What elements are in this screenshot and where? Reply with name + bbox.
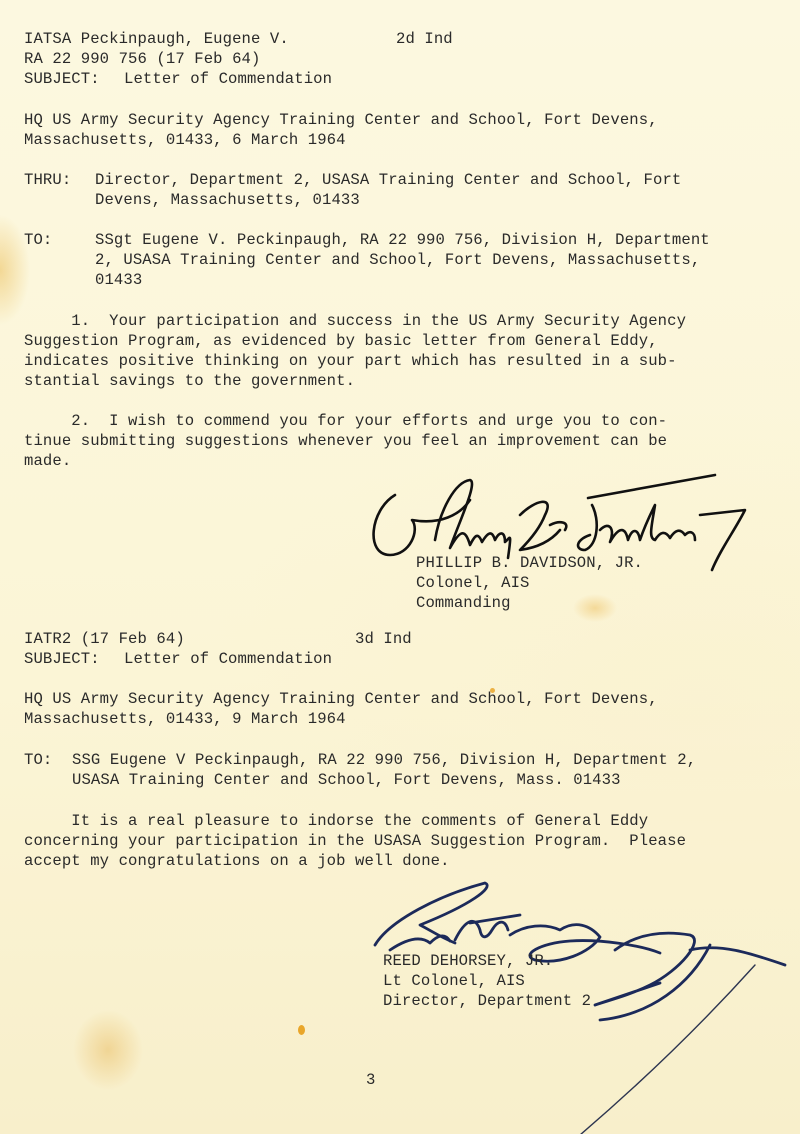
signer-rank: Lt Colonel, AIS: [383, 971, 525, 991]
from-line: Massachusetts, 01433, 6 March 1964: [24, 130, 346, 150]
paragraph-line: 1. Your participation and success in the…: [24, 311, 686, 331]
signer-name: PHILLIP B. DAVIDSON, JR.: [416, 553, 643, 573]
reference-line: RA 22 990 756 (17 Feb 64): [24, 49, 260, 69]
to-line: 2, USASA Training Center and School, For…: [95, 250, 700, 270]
signer-rank: Colonel, AIS: [416, 573, 530, 593]
from-line: HQ US Army Security Agency Training Cent…: [24, 689, 658, 709]
to-line: USASA Training Center and School, Fort D…: [72, 770, 621, 790]
paragraph-line: tinue submitting suggestions whenever yo…: [24, 431, 667, 451]
paragraph-line: It is a real pleasure to indorse the com…: [24, 811, 648, 831]
paragraph-line: concerning your participation in the USA…: [24, 831, 686, 851]
subject-label: SUBJECT:: [24, 69, 100, 89]
page-number: 3: [366, 1070, 375, 1090]
thru-label: THRU:: [24, 170, 71, 190]
thru-line: Devens, Massachusetts, 01433: [95, 190, 360, 210]
paragraph-line: accept my congratulations on a job well …: [24, 851, 450, 871]
stain-spot: [490, 688, 495, 693]
to-label: TO:: [24, 750, 52, 770]
subject-label: SUBJECT:: [24, 649, 100, 669]
paragraph-line: Suggestion Program, as evidenced by basi…: [24, 331, 658, 351]
indorsement-label: 3d Ind: [355, 629, 412, 649]
office-symbol-line: IATSA Peckinpaugh, Eugene V.: [24, 29, 289, 49]
to-line: SSgt Eugene V. Peckinpaugh, RA 22 990 75…: [95, 230, 710, 250]
paragraph-line: 2. I wish to commend you for your effort…: [24, 411, 667, 431]
signer-title: Director, Department 2: [383, 991, 591, 1011]
to-line: 01433: [95, 270, 142, 290]
paragraph-line: indicates positive thinking on your part…: [24, 351, 677, 371]
signer-name: REED DEHORSEY, JR.: [383, 951, 553, 971]
from-line: Massachusetts, 01433, 9 March 1964: [24, 709, 346, 729]
paragraph-line: made.: [24, 451, 71, 471]
to-line: SSG Eugene V Peckinpaugh, RA 22 990 756,…: [72, 750, 696, 770]
subject-value: Letter of Commendation: [124, 69, 332, 89]
office-symbol-line: IATR2 (17 Feb 64): [24, 629, 185, 649]
indorsement-label: 2d Ind: [396, 29, 453, 49]
from-line: HQ US Army Security Agency Training Cent…: [24, 110, 658, 130]
stain-spot: [298, 1025, 305, 1035]
subject-value: Letter of Commendation: [124, 649, 332, 669]
signer-title: Commanding: [416, 593, 511, 613]
to-label: TO:: [24, 230, 52, 250]
thru-line: Director, Department 2, USASA Training C…: [95, 170, 681, 190]
paragraph-line: stantial savings to the government.: [24, 371, 355, 391]
